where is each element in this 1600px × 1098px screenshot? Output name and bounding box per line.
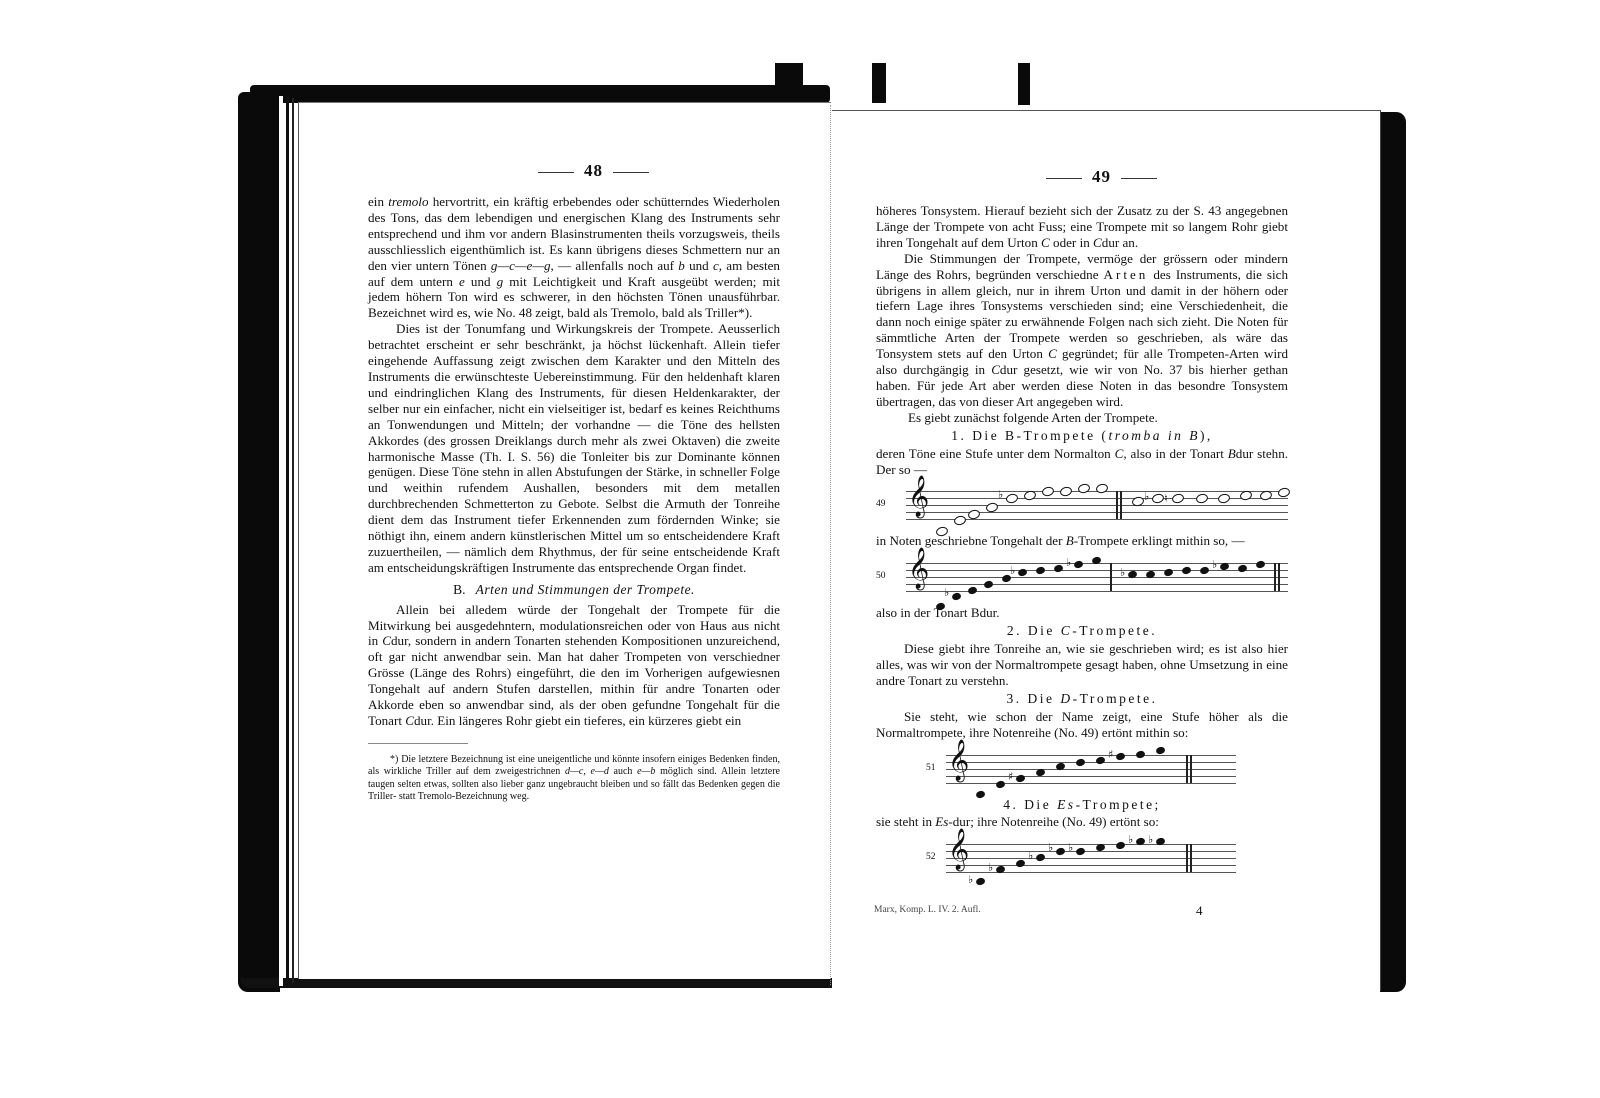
left-page-body: ein tremolo hervortritt, ein kräftig erb…: [368, 194, 780, 804]
book-tab-marker: [1018, 63, 1030, 105]
section-heading-b-trompete: 1. Die B-Trompete (tromba in B),: [876, 428, 1288, 444]
music-example-50: 50 𝄞 ♭ ♭ ♭ ♭ ♭: [876, 555, 1288, 599]
paragraph: Allein bei alledem würde der Tongehalt d…: [368, 602, 780, 729]
music-example-49: 49 𝄞 ♭ ♭ ♮: [876, 483, 1288, 527]
page-number-left: 48: [528, 161, 659, 181]
music-example-52: 52 𝄞 ♭ ♭ ♭ ♭ ♭ ♭ ♭: [876, 836, 1288, 880]
example-number: 50: [876, 569, 886, 585]
right-page-body: höheres Tonsystem. Hierauf bezieht sich …: [876, 203, 1288, 886]
footnote: *) Die letztere Bezeichnung ist eine une…: [368, 754, 780, 804]
section-heading-b: B. Arten und Stimmungen der Trompete.: [368, 582, 780, 598]
signature-mark: 4: [1196, 903, 1203, 919]
section-letter: B.: [453, 582, 465, 597]
book-tab-marker: [872, 63, 886, 103]
treble-clef-icon: 𝄞: [948, 743, 969, 779]
treble-clef-icon: 𝄞: [908, 551, 929, 587]
music-staff: 𝄞 ♭ ♭ ♮: [906, 491, 1288, 519]
example-number: 52: [926, 850, 936, 866]
footnote-text: *) Die letztere Bezeichnung ist eine une…: [368, 754, 780, 804]
page-number-right: 49: [1036, 167, 1167, 187]
book-footer-imprint: Marx, Komp. L. IV. 2. Aufl.: [874, 905, 981, 915]
music-staff: 𝄞 ♭ ♭ ♭ ♭ ♭: [906, 563, 1288, 591]
section-heading-d-trompete: 3. Die D-Trompete.: [876, 691, 1288, 707]
section-heading-es-trompete: 4. Die Es-Trompete;: [876, 797, 1288, 813]
music-staff: 𝄞 ♯ ♯: [946, 755, 1236, 783]
book-cover-right-edge: [1380, 112, 1406, 992]
page-edge-stack: [292, 98, 294, 983]
music-staff: 𝄞 ♭ ♭ ♭ ♭ ♭ ♭ ♭: [946, 844, 1236, 872]
paragraph: Sie steht, wie schon der Name zeigt, ein…: [876, 709, 1288, 741]
section-heading-c-trompete: 2. Die C-Trompete.: [876, 623, 1288, 639]
footnote-rule: [368, 743, 468, 744]
paragraph: ein tremolo hervortritt, ein kräftig erb…: [368, 194, 780, 321]
page-edge-stack: [279, 96, 283, 986]
music-example-51: 51 𝄞 ♯ ♯: [876, 747, 1288, 791]
book-spine-left: [238, 92, 280, 992]
paragraph: deren Töne eine Stufe unter dem Normalto…: [876, 446, 1288, 478]
paragraph: Die Stimmungen der Trompete, vermöge der…: [876, 251, 1288, 410]
example-number: 51: [926, 761, 936, 777]
section-title: Arten und Stimmungen der Trompete.: [476, 582, 695, 597]
paragraph: Diese giebt ihre Tonreihe an, wie sie ge…: [876, 641, 1288, 689]
book-cover-bottom-edge: [240, 978, 840, 988]
book-cover-top-edge: [250, 85, 830, 103]
paragraph: Es giebt zunächst folgende Arten der Tro…: [876, 410, 1288, 426]
example-number: 49: [876, 497, 886, 513]
book-tab-marker: [775, 63, 803, 103]
treble-clef-icon: 𝄞: [948, 832, 969, 868]
treble-clef-icon: 𝄞: [908, 479, 929, 515]
paragraph: sie steht in Es-dur; ihre Notenreihe (No…: [876, 814, 1288, 830]
paragraph: höheres Tonsystem. Hierauf bezieht sich …: [876, 203, 1288, 251]
paragraph: Dies ist der Tonumfang und Wirkungskreis…: [368, 321, 780, 576]
page-edge-stack: [286, 96, 289, 986]
